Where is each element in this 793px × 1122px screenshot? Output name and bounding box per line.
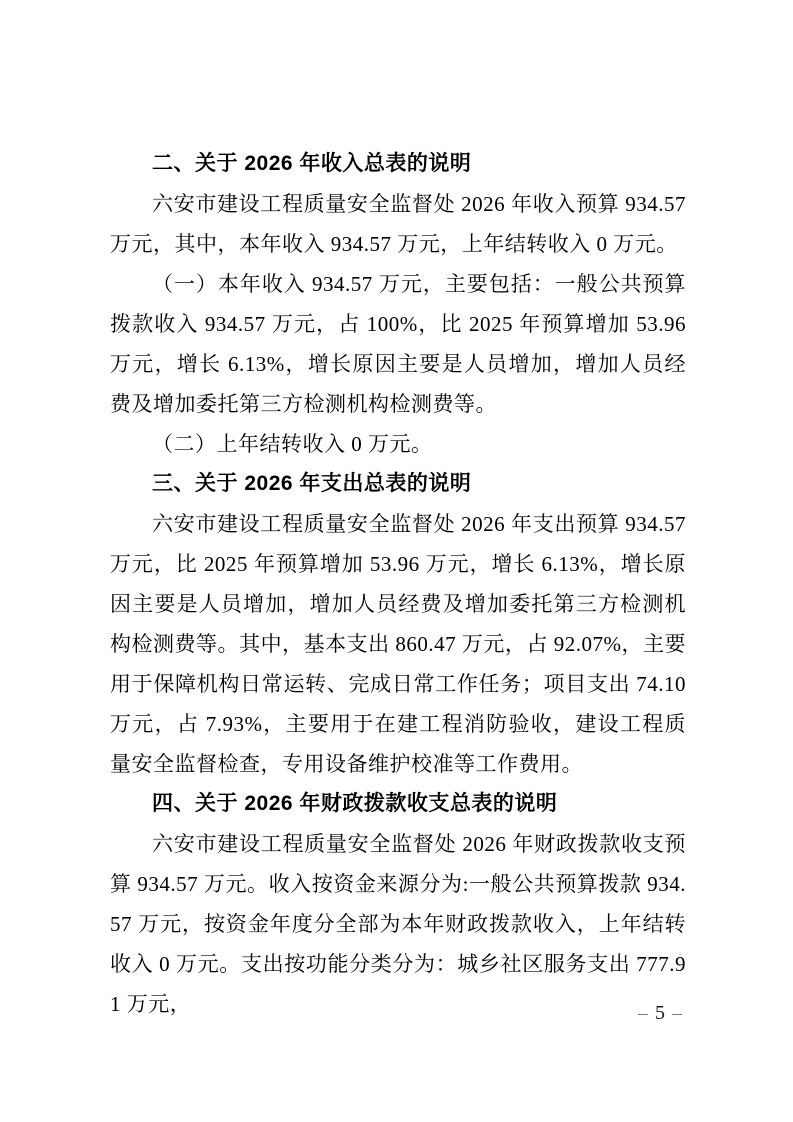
paragraph-income-overview: 六安市建设工程质量安全监督处 2026 年收入预算 934.57 万元，其中，本… [110, 184, 686, 264]
page-footer: –5– [0, 998, 793, 1028]
page-number: –5– [631, 998, 689, 1028]
document-page: 二、关于 2026 年收入总表的说明 六安市建设工程质量安全监督处 2026 年… [0, 0, 793, 1122]
paragraph-carryover-income: （二）上年结转收入 0 万元。 [110, 424, 686, 464]
section-heading-fiscal-appropriation-summary: 四、关于 2026 年财政拨款收支总表的说明 [110, 784, 686, 824]
page-number-dash-left: – [631, 1002, 655, 1024]
section-heading-income-summary: 二、关于 2026 年收入总表的说明 [110, 144, 686, 184]
section-heading-expenditure-summary: 三、关于 2026 年支出总表的说明 [110, 464, 686, 504]
paragraph-expenditure-overview: 六安市建设工程质量安全监督处 2026 年支出预算 934.57 万元，比 20… [110, 504, 686, 784]
document-body: 二、关于 2026 年收入总表的说明 六安市建设工程质量安全监督处 2026 年… [110, 144, 686, 1024]
page-number-value: 5 [655, 1002, 665, 1024]
paragraph-fiscal-appropriation-overview: 六安市建设工程质量安全监督处 2026 年财政拨款收支预算 934.57 万元。… [110, 824, 686, 1024]
paragraph-current-year-income: （一）本年收入 934.57 万元，主要包括：一般公共预算拨款收入 934.57… [110, 264, 686, 424]
page-number-dash-right: – [665, 1002, 689, 1024]
